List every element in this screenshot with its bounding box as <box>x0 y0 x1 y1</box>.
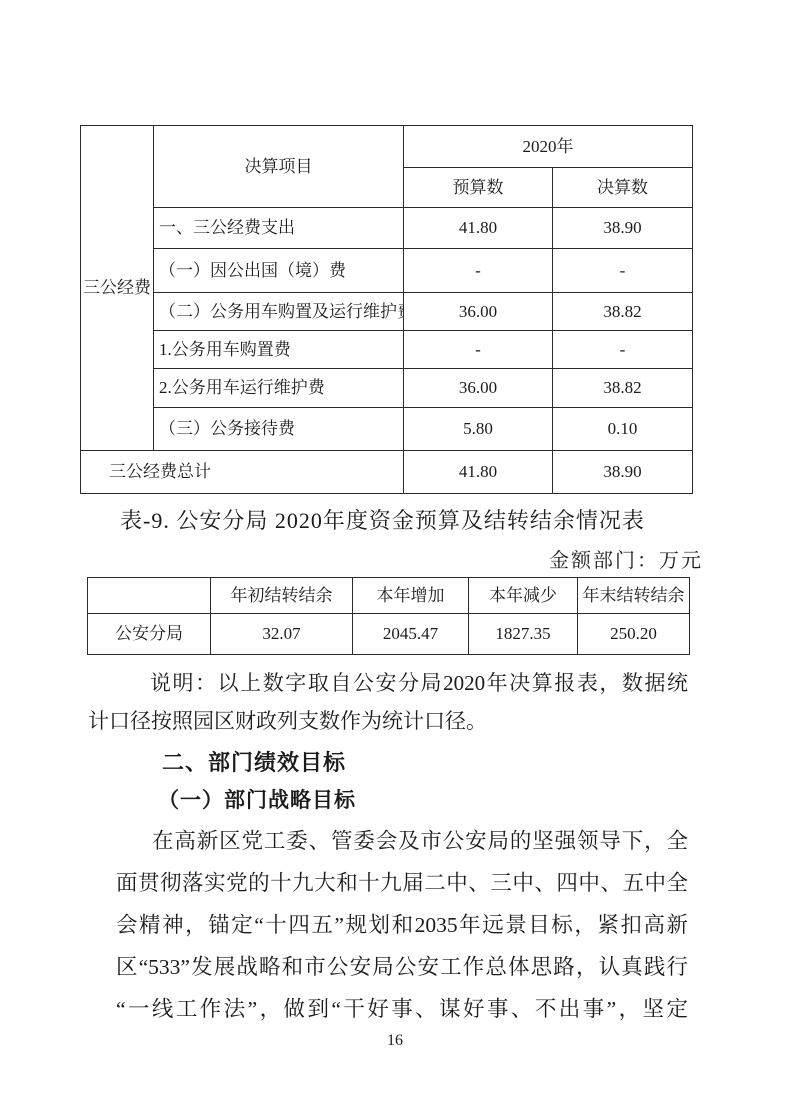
table2-unit-label: 金额部门：万元 <box>549 544 703 573</box>
paragraph-line: “一线工作法”，做到“干好事、谋好事、不出事”，坚定 <box>116 988 688 1030</box>
table1-budget-value: 41.80 <box>404 208 553 249</box>
statistics-note: 说明：以上数字取自公安分局2020年决算报表，数据统 计口径按照园区财政列支数作… <box>88 664 688 740</box>
table-row: （一）因公出国（境）费 - - <box>81 249 693 293</box>
table1-row-label: （一）因公出国（境）费 <box>154 249 404 293</box>
table2-begin-balance-value: 32.07 <box>211 614 353 655</box>
table2-row-label: 公安分局 <box>88 614 211 655</box>
paragraph-line: 会精神，锚定“十四五”规划和2035年远景目标，紧扣高新 <box>116 904 688 946</box>
note-line: 说明：以上数字取自公安分局2020年决算报表，数据统 <box>88 664 688 702</box>
table1-header-item: 决算项目 <box>154 126 404 208</box>
page-number: 16 <box>0 1032 790 1050</box>
table-row: 2.公务用车运行维护费 36.00 38.82 <box>81 369 693 408</box>
table-row: （三）公务接待费 5.80 0.10 <box>81 408 693 451</box>
document-page: 三公经费 决算项目 2020年 预算数 决算数 一、三公经费支出 41.80 3… <box>0 0 790 1118</box>
table1-budget-value: 36.00 <box>404 293 553 331</box>
table1-final-value: 38.82 <box>553 369 693 408</box>
table1-total-final: 38.90 <box>553 451 693 494</box>
table1-final-value: - <box>553 249 693 293</box>
row-group-label-sangong: 三公经费 <box>81 126 154 451</box>
table1-row-label: 1.公务用车购置费 <box>154 331 404 369</box>
table1-total-budget: 41.80 <box>404 451 553 494</box>
table-row: 1.公务用车购置费 - - <box>81 331 693 369</box>
table-row: （二）公务用车购置及运行维护费 36.00 38.82 <box>81 293 693 331</box>
table2-increase-value: 2045.47 <box>353 614 469 655</box>
note-line: 计口径按照园区财政列支数作为统计口径。 <box>88 702 688 740</box>
table1-row-label: （二）公务用车购置及运行维护费 <box>154 293 404 331</box>
table-row: 公安分局 32.07 2045.47 1827.35 250.20 <box>88 614 690 655</box>
table1-budget-value: - <box>404 249 553 293</box>
table1-row-label: 2.公务用车运行维护费 <box>154 369 404 408</box>
table1-budget-value: 36.00 <box>404 369 553 408</box>
table1-final-value: 0.10 <box>553 408 693 451</box>
table1-header-final: 决算数 <box>553 168 693 208</box>
table1-header-budget: 预算数 <box>404 168 553 208</box>
table-row: 一、三公经费支出 41.80 38.90 <box>81 208 693 249</box>
paragraph-line: 面贯彻落实党的十九大和十九届二中、三中、四中、五中全 <box>116 862 688 904</box>
table1-total-label: 三公经费总计 <box>81 451 404 494</box>
table1-budget-value: 5.80 <box>404 408 553 451</box>
paragraph-line: 区“533”发展战略和市公安局公安工作总体思路，认真践行 <box>116 946 688 988</box>
table1-row-label: 一、三公经费支出 <box>154 208 404 249</box>
table2-end-balance-value: 250.20 <box>578 614 690 655</box>
strategic-goals-paragraph: 在高新区党工委、管委会及市公安局的坚强领导下，全 面贯彻落实党的十九大和十九届二… <box>116 820 688 1030</box>
table1-budget-value: - <box>404 331 553 369</box>
three-public-expenses-table: 三公经费 决算项目 2020年 预算数 决算数 一、三公经费支出 41.80 3… <box>80 125 693 494</box>
subsection-heading-strategic-goals: （一）部门战略目标 <box>158 784 356 814</box>
table2-title: 表-9. 公安分局 2020年度资金预算及结转结余情况表 <box>120 504 645 535</box>
table1-header-year: 2020年 <box>404 126 693 168</box>
table2-header-empty <box>88 578 211 614</box>
carryover-balance-table: 年初结转结余 本年增加 本年减少 年末结转结余 公安分局 32.07 2045.… <box>87 577 690 655</box>
table2-header-begin-balance: 年初结转结余 <box>211 578 353 614</box>
table2-decrease-value: 1827.35 <box>469 614 578 655</box>
table2-header-increase: 本年增加 <box>353 578 469 614</box>
table2-header-decrease: 本年减少 <box>469 578 578 614</box>
table1-final-value: - <box>553 331 693 369</box>
section-heading-performance-goals: 二、部门绩效目标 <box>162 746 346 777</box>
table1-final-value: 38.90 <box>553 208 693 249</box>
table-row: 三公经费总计 41.80 38.90 <box>81 451 693 494</box>
table1-row-label: （三）公务接待费 <box>154 408 404 451</box>
paragraph-line: 在高新区党工委、管委会及市公安局的坚强领导下，全 <box>116 820 688 862</box>
table2-header-end-balance: 年末结转结余 <box>578 578 690 614</box>
table1-final-value: 38.82 <box>553 293 693 331</box>
